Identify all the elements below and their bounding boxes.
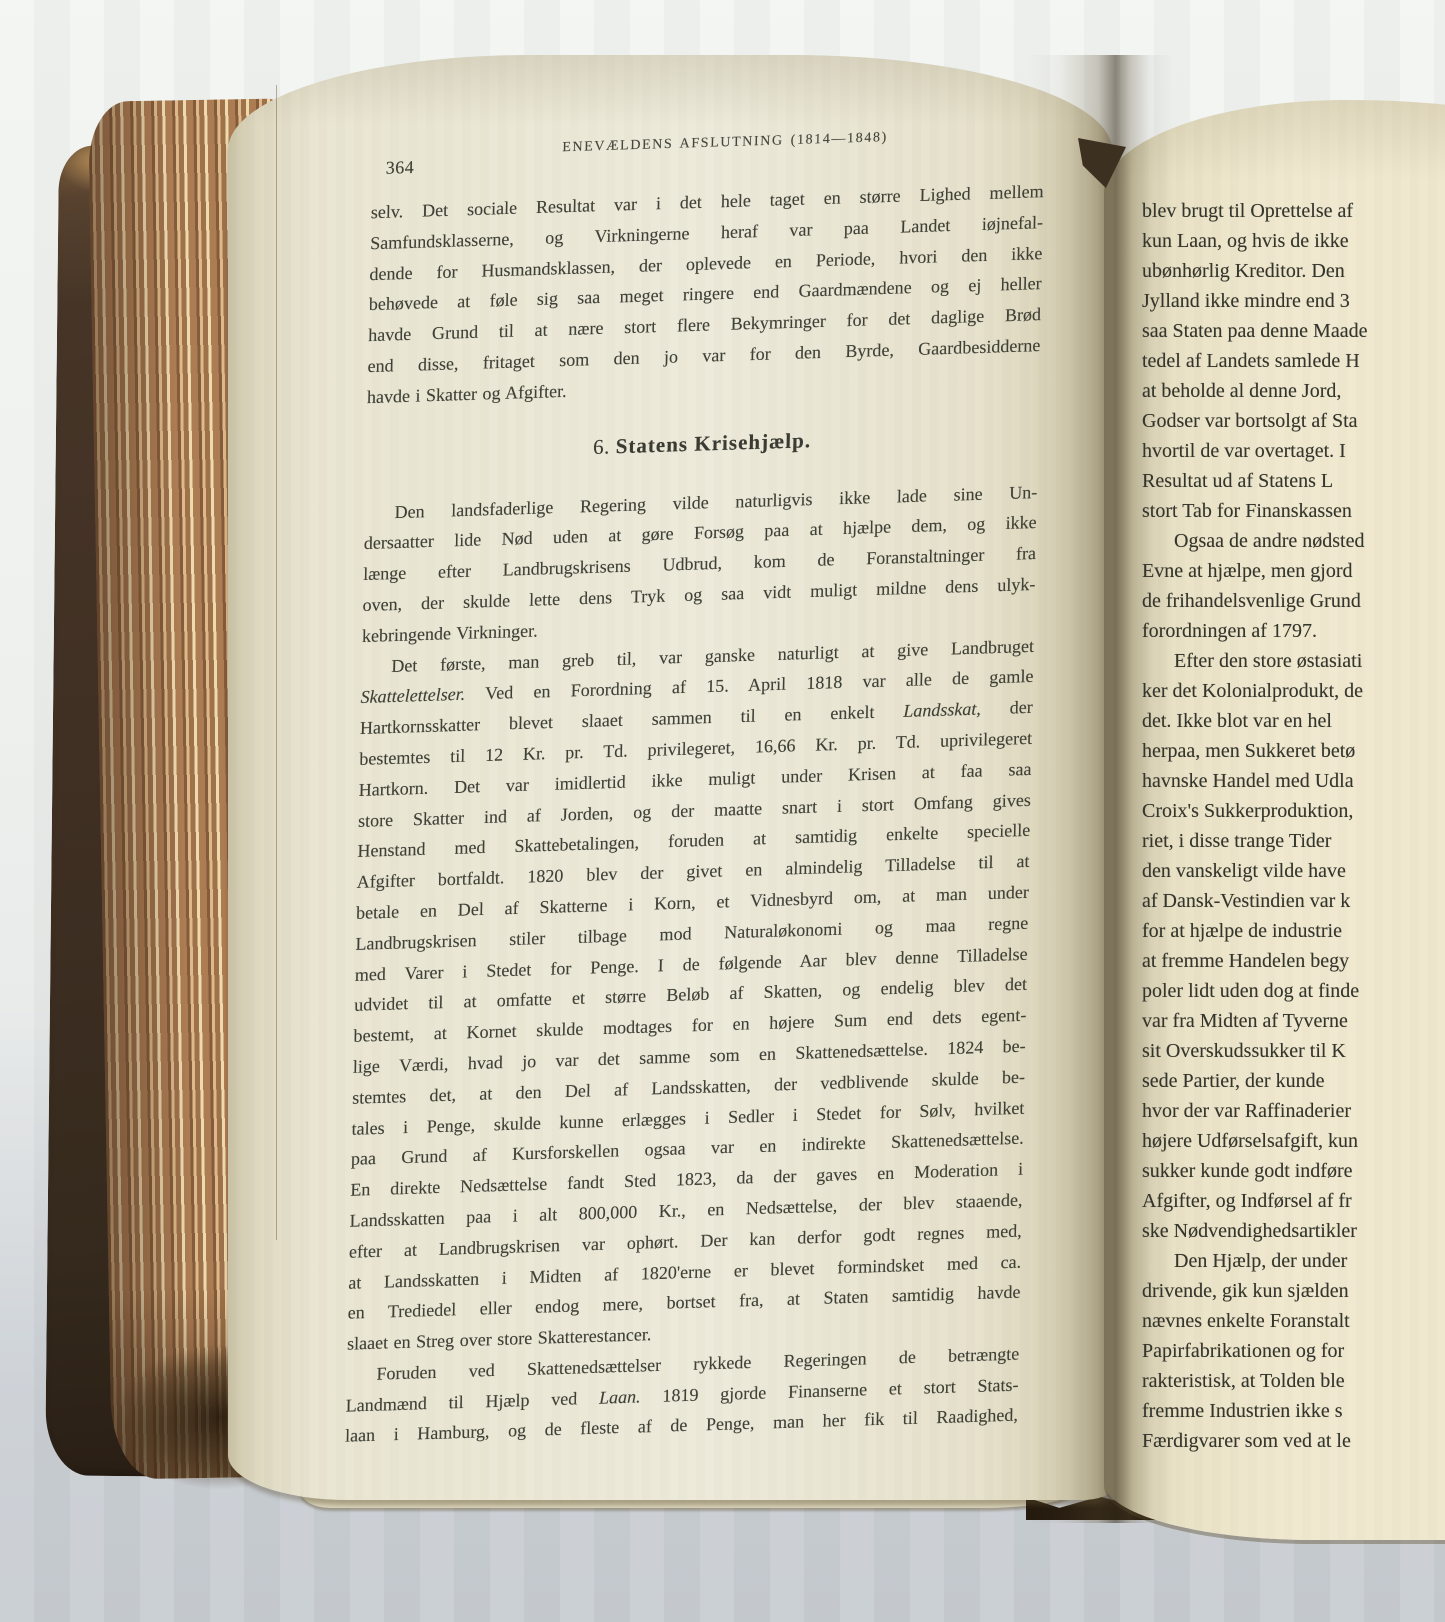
text-line: Afgifter, og Indførsel af fr [1142,1186,1445,1216]
text-line: saa Staten paa denne Maade [1142,316,1445,346]
text-line: herpaa, men Sukkeret betø [1142,736,1445,766]
paragraph: Ogsaa de andre nødstedEvne at hjælpe, me… [1142,526,1445,646]
text-line: Evne at hjælpe, men gjord [1142,556,1445,586]
paragraph: Den landsfaderlige Regering vilde naturl… [362,477,1038,652]
text-line: tedel af Landets samlede H [1142,346,1445,376]
text-line: den vanskeligt vilde have [1142,856,1445,886]
italic-text: Laan. [599,1386,641,1407]
text-line: kun Laan, og hvis de ikke [1142,226,1445,256]
right-page-body: blev brugt til Oprettelse afkun Laan, og… [1142,196,1445,1456]
text-line: nævnes enkelte Foranstalt [1142,1306,1445,1336]
heading-number: 6. [593,434,616,459]
text-line: drivende, gik kun sjælden [1142,1276,1445,1306]
text-line: Godser var bortsolgt af Sta [1142,406,1445,436]
paragraph: Det første, man greb til, var ganske nat… [347,630,1035,1359]
text-line: ske Nødvendighedsartikler [1142,1216,1445,1246]
text-line: forordningen af 1797. [1142,616,1445,646]
text-line: hvortil de var overtaget. I [1142,436,1445,466]
left-page-body: selv. Det sociale Resultat var i det hel… [345,118,1045,1452]
text-line: sit Overskudssukker til K [1142,1036,1445,1066]
text-line: Croix's Sukkerproduktion, [1142,796,1445,826]
paragraph: Den Hjælp, der underdrivende, gik kun sj… [1142,1246,1445,1456]
text-line: fremme Industrien ikke s [1142,1396,1445,1426]
text-line: Jylland ikke mindre end 3 [1142,286,1445,316]
text-line: riet, i disse trange Tider [1142,826,1445,856]
paragraph: Efter den store østasiatiker det Kolonia… [1142,646,1445,1246]
left-page-text: 364 ENEVÆLDENS AFSLUTNING (1814—1848) se… [345,118,1045,1452]
page-number: 364 [385,152,414,184]
text-line: Resultat ud af Statens L [1142,466,1445,496]
text-line: Den Hjælp, der under [1142,1246,1445,1276]
text-line: sede Partier, der kunde [1142,1066,1445,1096]
text-line: at beholde al denne Jord, [1142,376,1445,406]
section-heading: 6. Statens Krisehjælp. [365,418,1038,470]
book-photo: 364 ENEVÆLDENS AFSLUTNING (1814—1848) se… [0,0,1445,1622]
text-line: poler lidt uden dog at finde [1142,976,1445,1006]
text-line: for at hjælpe de industrie [1142,916,1445,946]
text-line: Ogsaa de andre nødsted [1142,526,1445,556]
text-line: hvor der var Raffinaderier [1142,1096,1445,1126]
text-line: det. Ikke blot var en hel [1142,706,1445,736]
text-segment: Landmænd til Hjælp ved [346,1387,600,1415]
paragraph: blev brugt til Oprettelse afkun Laan, og… [1142,196,1445,526]
text-line: Efter den store østasiati [1142,646,1445,676]
text-line: Færdigvarer som ved at le [1142,1426,1445,1456]
text-line: havnske Handel med Udla [1142,766,1445,796]
paragraph: selv. Det sociale Resultat var i det hel… [367,176,1044,413]
text-line: var fra Midten af Tyverne [1142,1006,1445,1036]
italic-text: Landsskat, [903,699,981,721]
text-line: rakteristisk, at Tolden ble [1142,1366,1445,1396]
text-segment: der [981,697,1033,719]
text-line: stort Tab for Finanskassen [1142,496,1445,526]
text-line: Papirfabrikationen og for [1142,1336,1445,1366]
text-line: ker det Kolonialprodukt, de [1142,676,1445,706]
heading-text: Statens Krisehjælp. [615,428,811,458]
text-line: sukker kunde godt indføre [1142,1156,1445,1186]
text-line: de frihandelsvenlige Grund [1142,586,1445,616]
text-line: ubønhørlig Kreditor. Den [1142,256,1445,286]
right-page-text: blev brugt til Oprettelse afkun Laan, og… [1142,196,1445,1456]
text-line: blev brugt til Oprettelse af [1142,196,1445,226]
text-line: af Dansk-Vestindien var k [1142,886,1445,916]
text-line: at fremme Handelen begy [1142,946,1445,976]
text-line: højere Udførselsafgift, kun [1142,1126,1445,1156]
italic-text: Skattelettelser. [360,684,465,707]
